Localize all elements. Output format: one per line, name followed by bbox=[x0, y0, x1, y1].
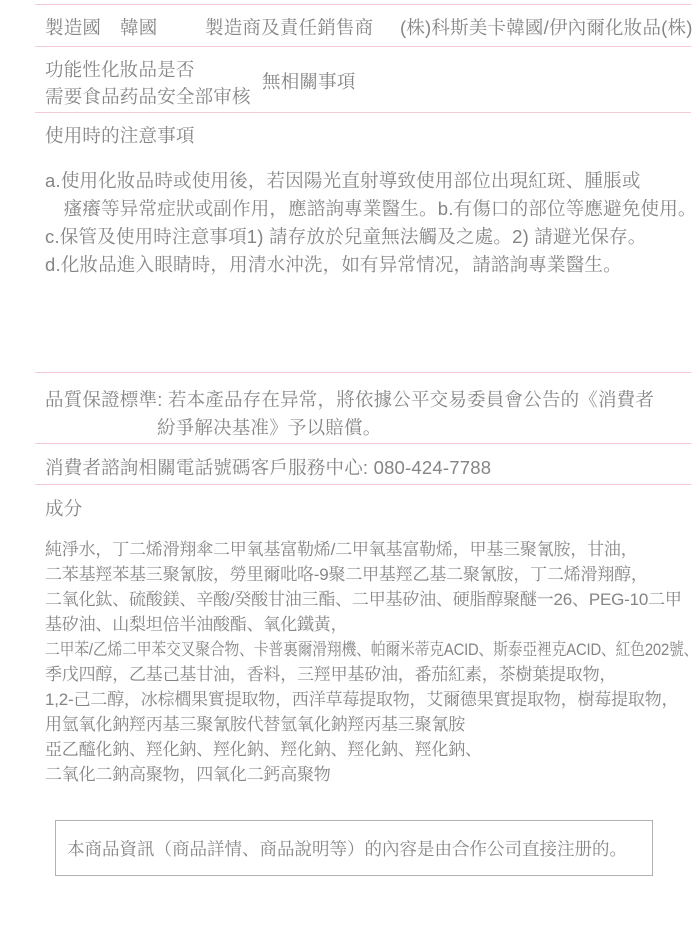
ingredient-line: 二甲苯/乙烯二甲苯交叉聚合物、卡普裏爾滑翔機、帕爾米蒂克ACID、斯泰亞裡克AC… bbox=[45, 637, 698, 662]
ingredient-line: 二氧化二鈉高聚物，四氧化二鈣高聚物 bbox=[45, 762, 331, 787]
precautions-title: 使用時的注意事項 bbox=[45, 124, 195, 148]
ingredient-line: 1,2-己二醇，冰棕櫚果實提取物，西洋草莓提取物，艾爾德果實提取物，樹莓提取物， bbox=[45, 687, 678, 712]
divider-top bbox=[35, 4, 691, 5]
quality-guarantee-line2: 紛爭解决基准》予以賠償。 bbox=[157, 416, 381, 440]
ingredients-title: 成分 bbox=[45, 497, 82, 521]
manufacture-country-value: 韓國 bbox=[120, 16, 157, 40]
ingredient-line: 純淨水，丁二烯滑翔傘二甲氧基富勒烯/二甲氧基富勒烯，甲基三聚氰胺，甘油， bbox=[45, 537, 638, 562]
precaution-line: 2) 請避光保存。 bbox=[512, 223, 646, 251]
divider-under-row2 bbox=[35, 112, 691, 113]
precaution-line: c.保管及使用時注意事項 bbox=[45, 223, 247, 251]
divider-under-quality bbox=[35, 443, 691, 444]
partner-registration-notice-box: 本商品資訊（商品詳情、商品說明等）的內容是由合作公司直接注册的。 bbox=[55, 820, 653, 876]
quality-guarantee-line1: 品質保證標準: 若本產品存在异常，將依據公平交易委員會公告的《消費者 bbox=[45, 388, 654, 412]
ingredient-line: 二苯基羥苯基三聚氰胺，勞里爾吡咯-9聚二甲基羥乙基二聚氰胺，丁二烯滑翔醇， bbox=[45, 562, 648, 587]
precautions-list: a.使用化妝品時或使用後，若因陽光直射導致使用部位出現紅斑、腫脹或 瘙癢等异常症… bbox=[45, 167, 700, 279]
precaution-line: 瘙癢等异常症狀或副作用，應諮詢專業醫生。 bbox=[45, 195, 438, 223]
precaution-line: d.化妝品進入眼睛時，用清水沖洗，如有异常情况，請諮詢專業醫生。 bbox=[45, 251, 622, 279]
ingredient-line: 亞乙醯化鈉、羥化鈉、羥化鈉、羥化鈉、羥化鈉、羥化鈉、 bbox=[45, 737, 482, 762]
divider-under-precautions bbox=[35, 372, 691, 373]
manufacturer-seller-value: (株)科斯美卡韓國/伊內爾化妝品(株) bbox=[400, 16, 693, 40]
functional-cosmetic-review-label: 功能性化妝品是否 需要食品药品安全部审核 bbox=[45, 56, 251, 110]
ingredient-line: 基矽油、山梨坦倍半油酸酯、氧化鐵黃， bbox=[45, 612, 347, 637]
ingredient-line: 二氧化鈦、硫酸鎂、辛酸/癸酸甘油三酯、二甲基矽油、硬脂醇聚醚一26、PEG-10… bbox=[45, 587, 682, 612]
precaution-line: a.使用化妝品時或使用後，若因陽光直射導致使用部位出現紅斑、腫脹或 bbox=[45, 167, 641, 195]
ingredient-line: 用氫氧化鈉羥丙基三聚氰胺代替氫氧化鈉羥丙基三聚氰胺 bbox=[45, 712, 465, 737]
divider-under-phone bbox=[35, 484, 691, 485]
manufacturer-seller-label: 製造商及責任銷售商 bbox=[205, 16, 373, 40]
manufacture-country-label: 製造國 bbox=[45, 16, 101, 40]
ingredients-list: 純淨水，丁二烯滑翔傘二甲氧基富勒烯/二甲氧基富勒烯，甲基三聚氰胺，甘油，二苯基羥… bbox=[45, 537, 700, 787]
divider-under-row1 bbox=[35, 46, 691, 47]
product-info-panel: 製造國 韓國 製造商及責任銷售商 (株)科斯美卡韓國/伊內爾化妝品(株) 功能性… bbox=[0, 0, 700, 947]
ingredient-line: 季戊四醇，乙基己基甘油，香料，三羥甲基矽油，番茄紅素，茶樹葉提取物， bbox=[45, 662, 616, 687]
customer-service-phone-line: 消費者諮詢相關電話號碼客戶服務中心: 080-424-7788 bbox=[45, 456, 491, 480]
partner-registration-notice-text: 本商品資訊（商品詳情、商品說明等）的內容是由合作公司直接注册的。 bbox=[67, 836, 627, 861]
precaution-line: 1) 請存放於兒童無法觸及之處。 bbox=[247, 223, 512, 251]
functional-cosmetic-review-value: 無相關事項 bbox=[262, 70, 356, 94]
precaution-line: b.有傷口的部位等應避免使用。 bbox=[438, 195, 697, 223]
